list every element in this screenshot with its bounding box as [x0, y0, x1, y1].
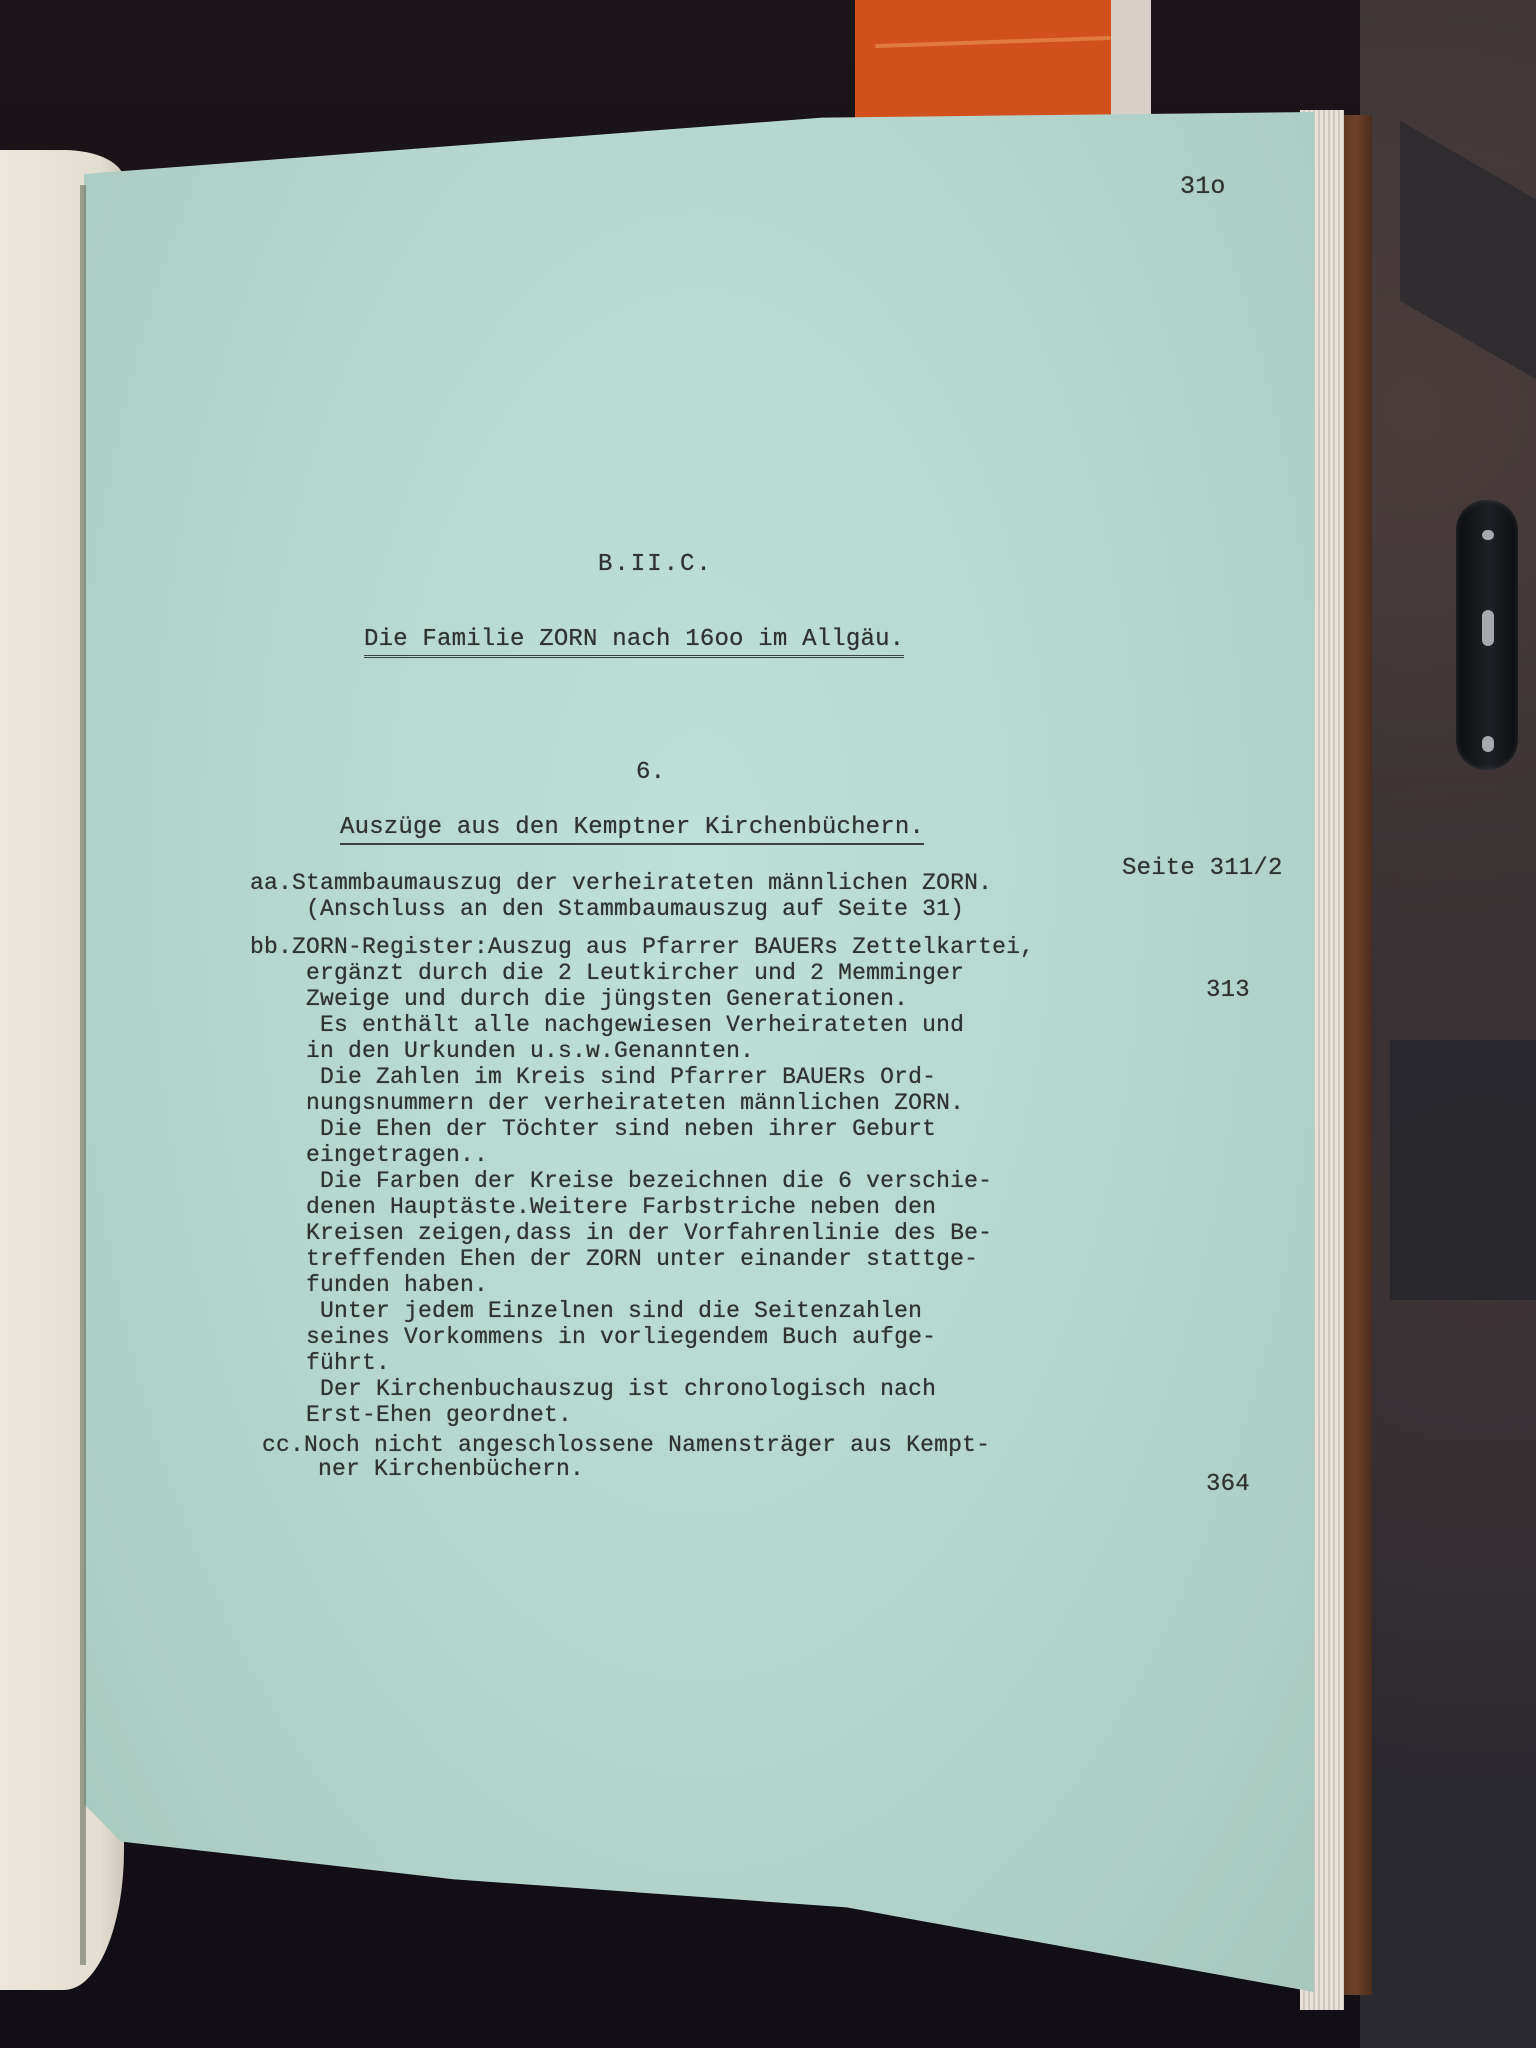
entry-bb-line: Erst-Ehen geordnet.	[250, 1402, 572, 1428]
clip-highlight	[1482, 736, 1494, 752]
entry-bb-line: funden haben.	[250, 1272, 488, 1298]
entry-bb-line: Es enthält alle nachgewiesen Verheiratet…	[250, 1012, 964, 1038]
entry-bb-line: führt.	[250, 1350, 390, 1376]
page-subtitle: Auszüge aus den Kemptner Kirchenbüchern.	[340, 815, 924, 845]
book-cover-edge	[1340, 115, 1372, 1995]
entry-bb-line: Zweige und durch die jüngsten Generation…	[250, 986, 908, 1012]
entry-aa-page-ref: Seite 311/2	[1122, 856, 1283, 882]
entry-cc-page-ref: 364	[1206, 1472, 1250, 1498]
entry-bb-line: in den Urkunden u.s.w.Genannten.	[250, 1038, 754, 1064]
entry-bb-line: ergänzt durch die 2 Leutkircher und 2 Me…	[250, 960, 964, 986]
entry-bb-line: Kreisen zeigen,dass in der Vorfahrenlini…	[250, 1220, 992, 1246]
entry-bb-line: bb.ZORN-Register:Auszug aus Pfarrer BAUE…	[250, 934, 1034, 960]
entry-cc-line-1: cc.Noch nicht angeschlossene Namensträge…	[262, 1432, 990, 1458]
bookmark-tear	[875, 36, 1111, 48]
entry-bb-line: eingetragen..	[250, 1142, 488, 1168]
book-gutter	[80, 185, 86, 1965]
entry-bb-line: Die Farben der Kreise bezeichnen die 6 v…	[250, 1168, 992, 1194]
entry-bb-line: seines Vorkommens in vorliegendem Buch a…	[250, 1324, 936, 1350]
book-stand-bar-lower	[1390, 1040, 1536, 1300]
entry-aa-line-2: (Anschluss an den Stammbaumauszug auf Se…	[250, 896, 964, 922]
entry-bb-line: nungsnummern der verheirateten männliche…	[250, 1090, 964, 1116]
entry-bb-line: Der Kirchenbuchauszug ist chronologisch …	[250, 1376, 936, 1402]
entry-bb-line: denen Hauptäste.Weitere Farbstriche nebe…	[250, 1194, 936, 1220]
clip-highlight	[1482, 610, 1494, 646]
book-clip	[1456, 500, 1518, 770]
chapter-number: 6.	[636, 760, 665, 786]
white-bookmark	[1111, 0, 1151, 118]
entry-bb-line: treffenden Ehen der ZORN unter einander …	[250, 1246, 978, 1272]
page-title: Die Familie ZORN nach 16oo im Allgäu.	[364, 627, 904, 658]
section-code: B.II.C.	[598, 552, 713, 578]
entry-bb-line: Die Zahlen im Kreis sind Pfarrer BAUERs …	[250, 1064, 936, 1090]
entry-bb-page-ref: 313	[1206, 978, 1250, 1004]
entry-bb-line: Die Ehen der Töchter sind neben ihrer Ge…	[250, 1116, 936, 1142]
entry-aa-line-1: aa.Stammbaumauszug der verheirateten män…	[250, 870, 992, 896]
entry-bb-line: Unter jedem Einzelnen sind die Seitenzah…	[250, 1298, 922, 1324]
page-number: 31o	[1180, 174, 1226, 200]
clip-highlight	[1482, 530, 1494, 540]
photo-scene: 31o B.II.C. Die Familie ZORN nach 16oo i…	[0, 0, 1536, 2048]
entry-cc-line-2: ner Kirchenbüchern.	[262, 1456, 584, 1482]
